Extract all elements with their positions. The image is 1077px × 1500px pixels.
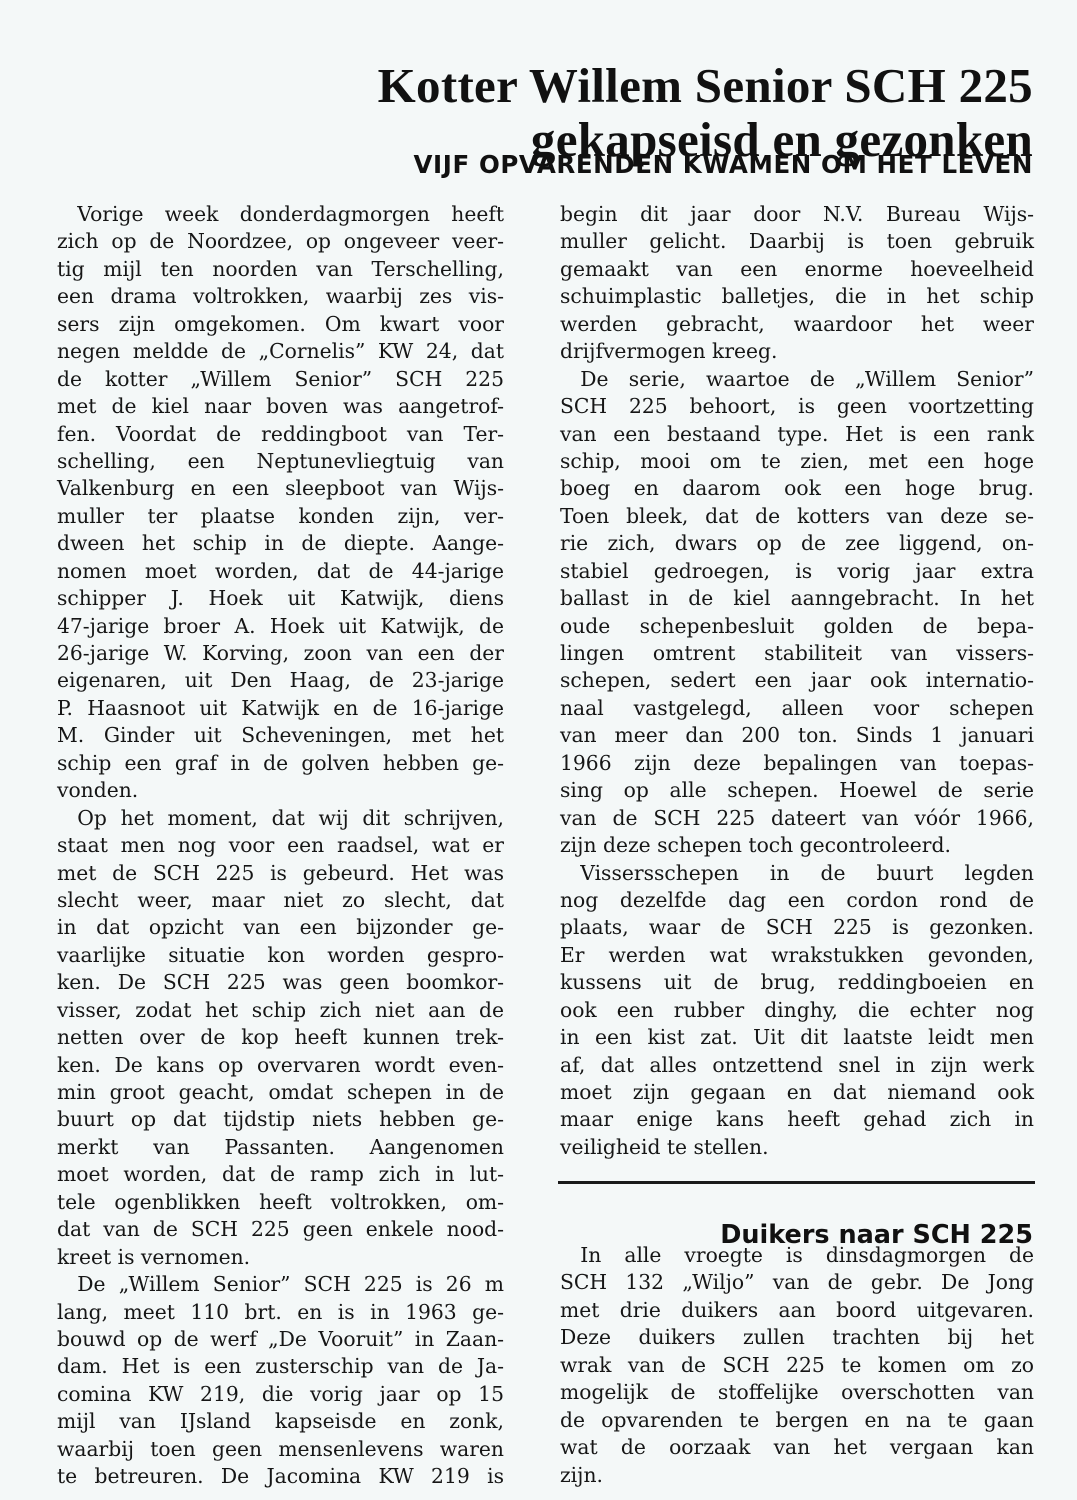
text-line: ook een rubber dinghy, die echter nog bbox=[560, 997, 1034, 1024]
text-line: de kotter „Willem Senior” SCH 225 bbox=[57, 366, 504, 393]
text-line: zijn. bbox=[560, 1462, 1034, 1489]
sidebar-article-body: In alle vroegte is dinsdagmorgen deSCH 1… bbox=[560, 1242, 1034, 1489]
text-line: dween het schip in de diepte. Aange- bbox=[57, 530, 504, 557]
text-line: ken. De SCH 225 was geen boomkor- bbox=[57, 969, 504, 996]
text-line: plaats, waar de SCH 225 is gezonken. bbox=[560, 914, 1034, 941]
text-line: ballast in de kiel aanngebracht. In het bbox=[560, 585, 1034, 612]
text-line: Valkenburg en een sleepboot van Wijs- bbox=[57, 475, 504, 502]
text-line: merkt van Passanten. Aangenomen bbox=[57, 1134, 504, 1161]
text-line: Vorige week donderdagmorgen heeft bbox=[57, 201, 504, 228]
text-line: visser, zodat het schip zich niet aan de bbox=[57, 997, 504, 1024]
text-line: sing op alle schepen. Hoewel de serie bbox=[560, 777, 1034, 804]
text-line: moet worden, dat de ramp zich in lut- bbox=[57, 1161, 504, 1188]
text-line: negen meldde de „Cornelis” KW 24, dat bbox=[57, 338, 504, 365]
right-column: begin dit jaar door N.V. Bureau Wijs-mul… bbox=[560, 201, 1034, 1161]
text-line: dat van de SCH 225 geen enkele nood- bbox=[57, 1216, 504, 1243]
text-line: Vissersschepen in de buurt legden bbox=[560, 860, 1034, 887]
text-line: ken. De kans op overvaren wordt even- bbox=[57, 1052, 504, 1079]
text-line: met de SCH 225 is gebeurd. Het was bbox=[57, 860, 504, 887]
text-line: 1966 zijn deze bepalingen van toepas- bbox=[560, 750, 1034, 777]
text-line: dam. Het is een zusterschip van de Ja- bbox=[57, 1353, 504, 1380]
text-line: muller ter plaatse konden zijn, ver- bbox=[57, 503, 504, 530]
text-line: veiligheid te stellen. bbox=[560, 1134, 1034, 1161]
text-line: min groot geacht, omdat schepen in de bbox=[57, 1079, 504, 1106]
text-line: comina KW 219, die vorig jaar op 15 bbox=[57, 1381, 504, 1408]
headline-line-1: Kotter Willem Senior SCH 225 bbox=[378, 59, 1033, 113]
text-line: kreet is vernomen. bbox=[57, 1244, 504, 1271]
text-line: kussens uit de brug, reddingboeien en bbox=[560, 969, 1034, 996]
text-line: moet zijn gegaan en dat niemand ook bbox=[560, 1079, 1034, 1106]
text-line: de opvarenden te bergen en na te gaan bbox=[560, 1407, 1034, 1434]
text-line: in een kist zat. Uit dit laatste leidt m… bbox=[560, 1024, 1034, 1051]
subheadline: VIJF OPVARENDEN KWAMEN OM HET LEVEN bbox=[413, 150, 1033, 179]
text-line: vonden. bbox=[57, 777, 504, 804]
text-line: fen. Voordat de reddingboot van Ter- bbox=[57, 421, 504, 448]
text-line: een drama voltrokken, waarbij zes vis- bbox=[57, 283, 504, 310]
text-line: P. Haasnoot uit Katwijk en de 16-jarige bbox=[57, 695, 504, 722]
text-line: drijfvermogen kreeg. bbox=[560, 338, 1034, 365]
text-line: netten over de kop heeft kunnen trek- bbox=[57, 1024, 504, 1051]
text-line: M. Ginder uit Scheveningen, met het bbox=[57, 722, 504, 749]
text-line: In alle vroegte is dinsdagmorgen de bbox=[560, 1242, 1034, 1269]
text-line: Toen bleek, dat de kotters van deze se- bbox=[560, 503, 1034, 530]
text-line: Op het moment, dat wij dit schrijven, bbox=[57, 805, 504, 832]
text-line: schepen, sedert een jaar ook internatio- bbox=[560, 667, 1034, 694]
text-line: oude schepenbesluit golden de bepa- bbox=[560, 613, 1034, 640]
text-line: te betreuren. De Jacomina KW 219 is bbox=[57, 1463, 504, 1490]
text-line: boeg en daarom ook een hoge brug. bbox=[560, 475, 1034, 502]
text-line: met drie duikers aan boord uitgevaren. bbox=[560, 1297, 1034, 1324]
text-line: stabiel gedroegen, is vorig jaar extra bbox=[560, 558, 1034, 585]
text-line: 26-jarige W. Korving, zoon van een der bbox=[57, 640, 504, 667]
text-line: van de SCH 225 dateert van vóór 1966, bbox=[560, 805, 1034, 832]
text-line: sers zijn omgekomen. Om kwart voor bbox=[57, 311, 504, 338]
text-line: bouwd op de werf „De Vooruit” in Zaan- bbox=[57, 1326, 504, 1353]
text-line: SCH 132 „Wiljo” van de gebr. De Jong bbox=[560, 1269, 1034, 1296]
text-line: vaarlijke situatie kon worden gespro- bbox=[57, 942, 504, 969]
text-line: SCH 225 behoort, is geen voortzetting bbox=[560, 393, 1034, 420]
text-line: mogelijk de stoffelijke overschotten van bbox=[560, 1379, 1034, 1406]
text-line: tele ogenblikken heeft voltrokken, om- bbox=[57, 1189, 504, 1216]
text-line: maar enige kans heeft gehad zich in bbox=[560, 1106, 1034, 1133]
text-line: naal vastgelegd, alleen voor schepen bbox=[560, 695, 1034, 722]
text-line: schip, mooi om te zien, met een hoge bbox=[560, 448, 1034, 475]
text-line: De serie, waartoe de „Willem Senior” bbox=[560, 366, 1034, 393]
text-line: muller gelicht. Daarbij is toen gebruik bbox=[560, 228, 1034, 255]
text-line: tig mijl ten noorden van Terschelling, bbox=[57, 256, 504, 283]
text-line: Deze duikers zullen trachten bij het bbox=[560, 1324, 1034, 1351]
text-line: eigenaren, uit Den Haag, de 23-jarige bbox=[57, 667, 504, 694]
text-line: staat men nog voor een raadsel, wat er bbox=[57, 832, 504, 859]
text-line: mijl van IJsland kapseisde en zonk, bbox=[57, 1408, 504, 1435]
section-divider bbox=[558, 1181, 1035, 1184]
text-line: schipper J. Hoek uit Katwijk, diens bbox=[57, 585, 504, 612]
text-line: werden gebracht, waardoor het weer bbox=[560, 311, 1034, 338]
text-line: in dat opzicht van een bijzonder ge- bbox=[57, 914, 504, 941]
text-line: rie zich, dwars op de zee liggend, on- bbox=[560, 530, 1034, 557]
text-line: nomen moet worden, dat de 44-jarige bbox=[57, 558, 504, 585]
text-line: De „Willem Senior” SCH 225 is 26 m bbox=[57, 1271, 504, 1298]
text-line: van een bestaand type. Het is een rank bbox=[560, 421, 1034, 448]
text-line: gemaakt van een enorme hoeveelheid bbox=[560, 256, 1034, 283]
text-line: begin dit jaar door N.V. Bureau Wijs- bbox=[560, 201, 1034, 228]
text-line: buurt op dat tijdstip niets hebben ge- bbox=[57, 1106, 504, 1133]
text-line: Er werden wat wrakstukken gevonden, bbox=[560, 942, 1034, 969]
text-line: lingen omtrent stabiliteit van vissers- bbox=[560, 640, 1034, 667]
text-line: zich op de Noordzee, op ongeveer veer- bbox=[57, 228, 504, 255]
text-line: af, dat alles ontzettend snel in zijn we… bbox=[560, 1052, 1034, 1079]
text-line: schuimplastic balletjes, die in het schi… bbox=[560, 283, 1034, 310]
text-line: schelling, een Neptunevliegtuig van bbox=[57, 448, 504, 475]
text-line: slecht weer, maar niet zo slecht, dat bbox=[57, 887, 504, 914]
text-line: wrak van de SCH 225 te komen om zo bbox=[560, 1352, 1034, 1379]
text-line: wat de oorzaak van het vergaan kan bbox=[560, 1434, 1034, 1461]
text-line: lang, meet 110 brt. en is in 1963 ge- bbox=[57, 1299, 504, 1326]
text-line: zijn deze schepen toch gecontroleerd. bbox=[560, 832, 1034, 859]
text-line: nog dezelfde dag een cordon rond de bbox=[560, 887, 1034, 914]
text-line: waarbij toen geen mensenlevens waren bbox=[57, 1436, 504, 1463]
text-line: met de kiel naar boven was aangetrof- bbox=[57, 393, 504, 420]
text-line: van meer dan 200 ton. Sinds 1 januari bbox=[560, 722, 1034, 749]
left-column: Vorige week donderdagmorgen heeftzich op… bbox=[57, 201, 504, 1491]
text-line: 47-jarige broer A. Hoek uit Katwijk, de bbox=[57, 613, 504, 640]
text-line: schip een graf in de golven hebben ge- bbox=[57, 750, 504, 777]
